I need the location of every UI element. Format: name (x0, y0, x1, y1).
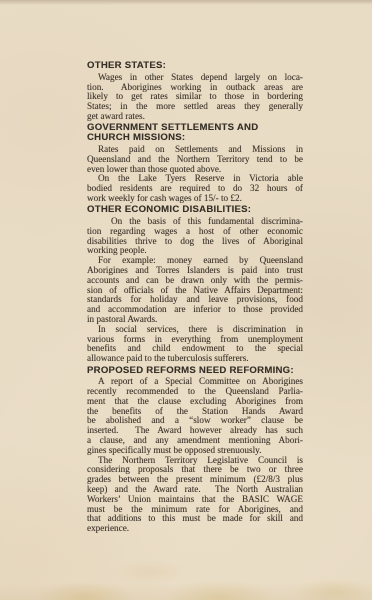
text-line: working people. (87, 246, 303, 256)
text-line: A report of a Special Committee on Abori… (87, 377, 303, 387)
section-heading: GOVERNMENT SETTLEMENTS AND (87, 123, 303, 133)
text-line: Rates paid on Settlements and Missions i… (87, 145, 303, 155)
text-line: standards for holiday and leave provisio… (87, 295, 303, 305)
paragraph: Rates paid on Settlements and Missions i… (87, 145, 303, 174)
text-line: be abolished and a “slow worker” clause … (87, 416, 303, 426)
section-heading-block: OTHER STATES: (87, 61, 303, 71)
text-line: For example: money earned by Queensland (87, 256, 303, 266)
text-line: keep) and the Award rate. The North Aust… (87, 485, 303, 495)
text-line: and accommodation are inferior to those … (87, 305, 303, 315)
text-line: bodied residents are required to do 32 h… (87, 184, 303, 194)
text-line: grades between the present minimum (£2/8… (87, 475, 303, 485)
text-line: get award rates. (87, 112, 303, 122)
text-line: a clause, and any amendment mentioning A… (87, 436, 303, 446)
section-heading-block: PROPOSED REFORMS NEED REFORMING: (87, 366, 303, 376)
text-line: States; in the more settled areas they g… (87, 102, 303, 112)
text-line: benefits and child endowment to the spec… (87, 344, 303, 354)
text-line: On the basis of this fundamental discrim… (87, 217, 303, 227)
paragraph: On the Lake Tyers Reserve in Victoria ab… (87, 174, 303, 203)
paragraph: A report of a Special Committee on Abori… (87, 377, 303, 455)
section-heading: PROPOSED REFORMS NEED REFORMING: (87, 366, 303, 376)
text-line: Workers’ Union maintains that the BASIC … (87, 495, 303, 505)
paragraph: Wages in other States depend largely on … (87, 73, 303, 122)
text-line: that additions to this must be made for … (87, 514, 303, 524)
text-line: allowance paid to the tuberculosis suffe… (87, 354, 303, 364)
text-line: must be the minimum rate for Aborigines,… (87, 505, 303, 515)
text-line: Aborigines and Torres Islanders is paid … (87, 266, 303, 276)
text-line: tion regarding wages a host of other eco… (87, 227, 303, 237)
section-heading: OTHER STATES: (87, 61, 303, 71)
paragraph: On the basis of this fundamental discrim… (87, 217, 303, 256)
text-line: inserted. The Award however already has … (87, 426, 303, 436)
text-line: gines specifically must be opposed stren… (87, 446, 303, 456)
text-line: The Northern Territory Legislative Counc… (87, 456, 303, 466)
text-line: sion of officials of the Native Affairs … (87, 286, 303, 296)
text-line: tion. Aborigines working in outback area… (87, 83, 303, 93)
section-heading: OTHER ECONOMIC DISABILITIES: (87, 205, 303, 215)
text-line: On the Lake Tyers Reserve in Victoria ab… (87, 174, 303, 184)
paragraph: In social services, there is discriminat… (87, 325, 303, 364)
section-heading-block: GOVERNMENT SETTLEMENTS ANDCHURCH MISSION… (87, 123, 303, 143)
text-line: experience. (87, 524, 303, 534)
text-line: considering proposals that there be two … (87, 465, 303, 475)
text-line: disabilities thrive to dog the lives of … (87, 237, 303, 247)
text-line: even lower than those quoted above. (87, 165, 303, 175)
text-line: recently recommended to the Queensland P… (87, 387, 303, 397)
text-line: in pastoral Awards. (87, 315, 303, 325)
text-line: various forms in everything from unemplo… (87, 335, 303, 345)
text-line: ment that the clause excluding Aborigine… (87, 397, 303, 407)
text-line: the benefits of the Station Hands Award (87, 407, 303, 417)
text-line: work weekly for cash wages of 15/- to £2… (87, 194, 303, 204)
text-line: Queensland and the Northern Territory te… (87, 155, 303, 165)
text-line: likely to get rates similar to those in … (87, 92, 303, 102)
paragraph: For example: money earned by QueenslandA… (87, 256, 303, 325)
text-line: Wages in other States depend largely on … (87, 73, 303, 83)
text-line: In social services, there is discriminat… (87, 325, 303, 335)
section-heading-block: OTHER ECONOMIC DISABILITIES: (87, 205, 303, 215)
paragraph: The Northern Territory Legislative Counc… (87, 456, 303, 534)
scanned-document-page: OTHER STATES:Wages in other States depen… (0, 0, 372, 600)
section-heading: CHURCH MISSIONS: (87, 133, 303, 143)
text-line: accounts and can be drawn only with the … (87, 276, 303, 286)
document-text-column: OTHER STATES:Wages in other States depen… (87, 61, 303, 534)
